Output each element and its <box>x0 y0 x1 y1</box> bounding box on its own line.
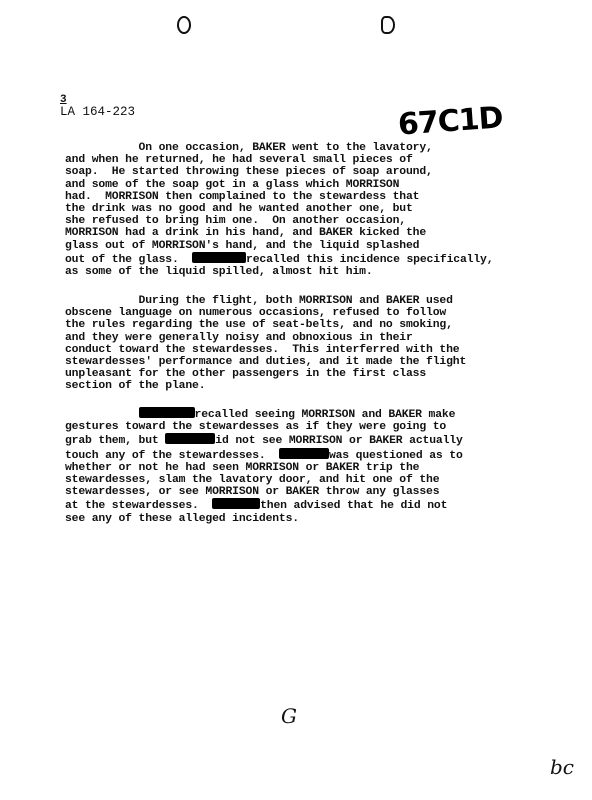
file-number: LA 164-223 <box>60 105 135 119</box>
para-line: recalled this incidence specifically, <box>246 254 493 266</box>
para-line: and when he returned, he had several sma… <box>65 154 413 166</box>
para-line: conduct toward the stewardesses. This in… <box>65 344 459 356</box>
handwritten-page-mark: G <box>281 704 297 728</box>
para-line: whether or not he had seen MORRISON or B… <box>65 462 419 474</box>
para-line: recalled seeing MORRISON and BAKER make <box>195 409 456 421</box>
para-line: had. MORRISON then complained to the ste… <box>65 191 419 203</box>
punch-hole-right <box>381 16 395 34</box>
para-line: at the stewardesses. <box>65 500 212 512</box>
para-line: was questioned as to <box>329 450 463 462</box>
para-line: and some of the soap got in a glass whic… <box>65 179 399 191</box>
para-line: stewardesses, slam the lavatory door, an… <box>65 474 439 486</box>
paragraph-2: During the flight, both MORRISON and BAK… <box>65 295 592 393</box>
redaction-bar <box>279 448 329 459</box>
para-line: section of the plane. <box>65 380 205 392</box>
para-line: she refused to bring him one. On another… <box>65 215 406 227</box>
para-line: as some of the liquid spilled, almost hi… <box>65 266 373 278</box>
para-line: the drink was no good and he wanted anot… <box>65 203 413 215</box>
redaction-bar <box>212 498 260 509</box>
handwritten-initials: bc <box>550 755 574 779</box>
para-line: see any of these alleged incidents. <box>65 513 299 525</box>
para-line: out of the glass. <box>65 254 192 266</box>
classification-stamp: 67C1D <box>397 100 504 142</box>
para-line: and they were generally noisy and obnoxi… <box>65 332 413 344</box>
para-line: obscene language on numerous occasions, … <box>65 307 446 319</box>
para-line: unpleasant for the other passengers in t… <box>65 368 426 380</box>
para-line: grab them, but <box>65 435 165 447</box>
para-line: gestures toward the stewardesses as if t… <box>65 421 446 433</box>
para-line: During the flight, both MORRISON and BAK… <box>65 295 453 307</box>
paragraph-3: recalled seeing MORRISON and BAKER make … <box>65 407 592 525</box>
punch-hole-left <box>177 16 191 34</box>
para-line: the rules regarding the use of seat-belt… <box>65 319 453 331</box>
para-line: stewardesses, or see MORRISON or BAKER t… <box>65 486 439 498</box>
para-line: On one occasion, BAKER went to the lavat… <box>65 142 433 154</box>
paragraph-1: On one occasion, BAKER went to the lavat… <box>65 142 592 278</box>
redaction-bar <box>192 252 246 263</box>
para-line: then advised that he did not <box>260 500 447 512</box>
para-line: MORRISON had a drink in his hand, and BA… <box>65 227 426 239</box>
para-line: id not see MORRISON or BAKER actually <box>215 435 462 447</box>
para-line: glass out of MORRISON's hand, and the li… <box>65 240 419 252</box>
redaction-bar <box>139 407 195 418</box>
para-line: touch any of the stewardesses. <box>65 450 279 462</box>
redaction-bar <box>165 433 215 444</box>
para-line: stewardesses' performance and duties, an… <box>65 356 466 368</box>
para-line: soap. He started throwing these pieces o… <box>65 166 433 178</box>
